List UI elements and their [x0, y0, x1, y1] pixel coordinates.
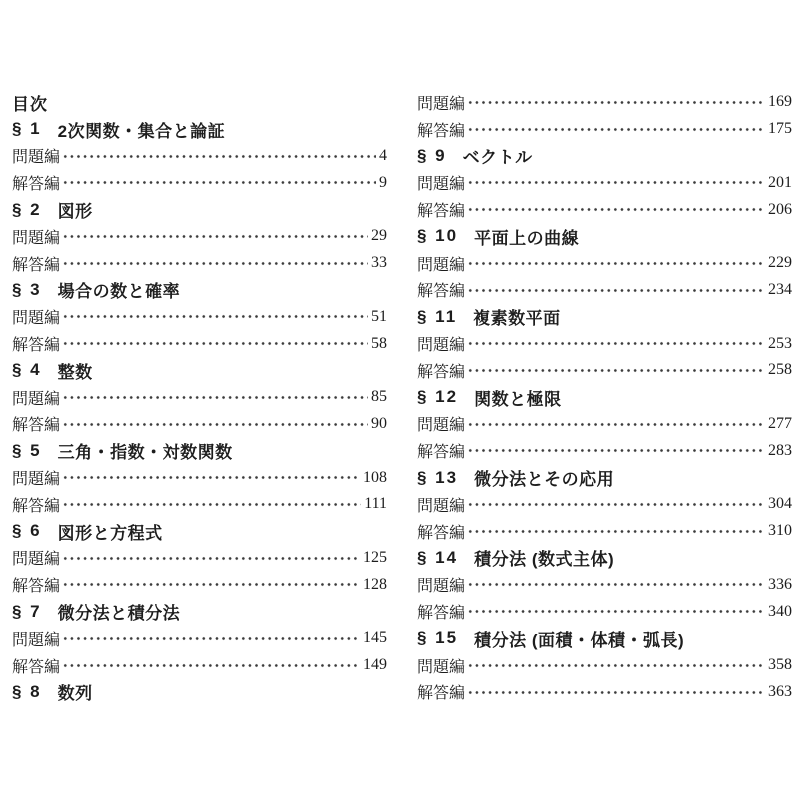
toc-section-header: § 3場合の数と確率 — [12, 277, 387, 304]
entry-label: 解答編 — [12, 252, 60, 275]
toc-entry: 問題編51 — [12, 303, 387, 330]
dot-leader — [467, 437, 765, 464]
dot-leader — [62, 223, 368, 250]
page-number: 33 — [371, 254, 387, 272]
toc-entry: 解答編149 — [12, 652, 387, 679]
dot-leader — [62, 250, 368, 277]
toc-section-header: § 6図形と方程式 — [12, 518, 387, 545]
toc-entry: 問題編85 — [12, 384, 387, 411]
toc-entry: 問題編358 — [417, 652, 792, 679]
toc-section-header: § 2図形 — [12, 196, 387, 223]
toc-entry: 解答編9 — [12, 169, 387, 196]
entry-label: 解答編 — [12, 412, 60, 435]
toc-entry: 問題編201 — [417, 169, 792, 196]
entry-label: 問題編 — [417, 332, 465, 355]
toc-section-header: § 13微分法とその応用 — [417, 464, 792, 491]
entry-label: 解答編 — [417, 520, 465, 543]
page-number: 4 — [379, 147, 387, 165]
toc-entry: 問題編145 — [12, 625, 387, 652]
toc-section-header: § 5三角・指数・対数関数 — [12, 437, 387, 464]
section-number: § 6 — [12, 521, 42, 541]
toc-section-header: § 14積分法 (数式主体) — [417, 545, 792, 572]
entry-label: 問題編 — [417, 573, 465, 596]
page-number: 253 — [768, 335, 792, 353]
entry-label: 問題編 — [12, 144, 60, 167]
section-title: 図形 — [58, 197, 93, 222]
dot-leader — [467, 277, 765, 304]
toc-columns: 目次§ 12次関数・集合と論証問題編4解答編9§ 2図形問題編29解答編33§ … — [12, 89, 792, 705]
entry-label: 解答編 — [417, 439, 465, 462]
page-number: 310 — [768, 522, 792, 540]
toc-column-left: 目次§ 12次関数・集合と論証問題編4解答編9§ 2図形問題編29解答編33§ … — [12, 89, 387, 705]
entry-label: 解答編 — [12, 573, 60, 596]
toc-entry: 問題編253 — [417, 330, 792, 357]
page-number: 277 — [768, 415, 792, 433]
section-number: § 13 — [417, 468, 458, 488]
toc-entry: 問題編277 — [417, 411, 792, 438]
entry-label: 解答編 — [417, 118, 465, 141]
page-number: 201 — [768, 174, 792, 192]
dot-leader — [62, 303, 368, 330]
dot-leader — [467, 330, 765, 357]
dot-leader — [467, 598, 765, 625]
entry-label: 解答編 — [12, 493, 60, 516]
dot-leader — [467, 491, 765, 518]
entry-label: 問題編 — [417, 654, 465, 677]
entry-label: 解答編 — [417, 359, 465, 382]
section-number: § 10 — [417, 226, 458, 246]
dot-leader — [62, 330, 368, 357]
toc-section-header: § 12関数と極限 — [417, 384, 792, 411]
section-number: § 12 — [417, 387, 458, 407]
page-number: 85 — [371, 388, 387, 406]
section-number: § 2 — [12, 200, 42, 220]
toc-entry: 解答編340 — [417, 598, 792, 625]
section-number: § 14 — [417, 548, 458, 568]
dot-leader — [62, 464, 360, 491]
entry-label: 問題編 — [417, 493, 465, 516]
toc-entry: 問題編29 — [12, 223, 387, 250]
toc-section-header: § 15積分法 (面積・体積・弧長) — [417, 625, 792, 652]
toc-entry: 解答編33 — [12, 250, 387, 277]
dot-leader — [467, 652, 765, 679]
page-number: 111 — [364, 495, 387, 513]
toc-entry: 解答編234 — [417, 277, 792, 304]
dot-leader — [467, 518, 765, 545]
dot-leader — [62, 652, 360, 679]
page-number: 108 — [363, 469, 387, 487]
page-number: 363 — [768, 683, 792, 701]
page-number: 145 — [363, 629, 387, 647]
entry-label: 問題編 — [12, 466, 60, 489]
page-number: 206 — [768, 201, 792, 219]
page-number: 169 — [768, 93, 792, 111]
toc-section-header: § 12次関数・集合と論証 — [12, 116, 387, 143]
toc-entry: 解答編310 — [417, 518, 792, 545]
entry-label: 解答編 — [12, 332, 60, 355]
dot-leader — [62, 384, 368, 411]
toc-entry: 問題編108 — [12, 464, 387, 491]
section-number: § 11 — [417, 307, 457, 327]
section-number: § 3 — [12, 280, 42, 300]
dot-leader — [62, 411, 368, 438]
toc-section-header: § 8数列 — [12, 679, 387, 706]
toc-section-header: § 10平面上の曲線 — [417, 223, 792, 250]
toc-entry: 解答編258 — [417, 357, 792, 384]
dot-leader — [62, 571, 360, 598]
page-number: 125 — [363, 549, 387, 567]
dot-leader — [467, 250, 765, 277]
entry-label: 問題編 — [12, 225, 60, 248]
section-title: 積分法 (面積・体積・弧長) — [474, 626, 684, 651]
section-title: 積分法 (数式主体) — [474, 545, 614, 570]
book-toc-page: 目次§ 12次関数・集合と論証問題編4解答編9§ 2図形問題編29解答編33§ … — [0, 0, 800, 800]
page-number: 90 — [371, 415, 387, 433]
entry-label: 問題編 — [12, 305, 60, 328]
section-title: 関数と極限 — [474, 385, 562, 410]
entry-label: 問題編 — [417, 91, 465, 114]
entry-label: 問題編 — [12, 627, 60, 650]
toc-entry: 問題編125 — [12, 545, 387, 572]
section-number: § 5 — [12, 441, 42, 461]
entry-label: 解答編 — [12, 171, 60, 194]
section-title: 2次関数・集合と論証 — [58, 117, 225, 142]
dot-leader — [467, 357, 765, 384]
page-number: 58 — [371, 335, 387, 353]
toc-section-header: § 11複素数平面 — [417, 303, 792, 330]
page-number: 304 — [768, 495, 792, 513]
entry-label: 解答編 — [417, 680, 465, 703]
page-number: 175 — [768, 120, 792, 138]
page-number: 29 — [371, 227, 387, 245]
toc-entry: 問題編4 — [12, 143, 387, 170]
toc-entry: 解答編175 — [417, 116, 792, 143]
section-title: 微分法と積分法 — [58, 599, 181, 624]
dot-leader — [467, 571, 765, 598]
toc-entry: 問題編229 — [417, 250, 792, 277]
dot-leader — [467, 116, 765, 143]
toc-entry: 問題編169 — [417, 89, 792, 116]
page-number: 51 — [371, 308, 387, 326]
dot-leader — [62, 545, 360, 572]
section-number: § 1 — [12, 119, 42, 139]
entry-label: 問題編 — [12, 386, 60, 409]
toc-title: 目次 — [12, 89, 387, 116]
page-number: 283 — [768, 442, 792, 460]
toc-entry: 解答編90 — [12, 411, 387, 438]
entry-label: 解答編 — [417, 600, 465, 623]
page-number: 258 — [768, 361, 792, 379]
entry-label: 問題編 — [417, 252, 465, 275]
page-number: 149 — [363, 656, 387, 674]
entry-label: 問題編 — [12, 546, 60, 569]
dot-leader — [62, 143, 376, 170]
section-number: § 7 — [12, 602, 42, 622]
dot-leader — [467, 169, 765, 196]
section-title: 三角・指数・対数関数 — [58, 438, 233, 463]
page-number: 358 — [768, 656, 792, 674]
toc-entry: 解答編363 — [417, 679, 792, 706]
section-title: 微分法とその応用 — [474, 465, 614, 490]
dot-leader — [467, 411, 765, 438]
dot-leader — [62, 491, 361, 518]
section-number: § 15 — [417, 628, 458, 648]
page-number: 128 — [363, 576, 387, 594]
dot-leader — [467, 679, 765, 706]
toc-section-header: § 7微分法と積分法 — [12, 598, 387, 625]
section-title: 複素数平面 — [473, 304, 561, 329]
dot-leader — [467, 196, 765, 223]
entry-label: 問題編 — [417, 412, 465, 435]
section-title: 図形と方程式 — [58, 519, 163, 544]
toc-column-right: 問題編169解答編175§ 9ベクトル問題編201解答編206§ 10平面上の曲… — [417, 89, 792, 705]
toc-entry: 問題編304 — [417, 491, 792, 518]
toc-entry: 解答編283 — [417, 437, 792, 464]
section-title: 数列 — [58, 679, 93, 704]
section-title: 場合の数と確率 — [58, 277, 181, 302]
section-title: 平面上の曲線 — [474, 224, 579, 249]
entry-label: 解答編 — [417, 198, 465, 221]
toc-entry: 問題編336 — [417, 571, 792, 598]
section-number: § 8 — [12, 682, 42, 702]
page-number: 229 — [768, 254, 792, 272]
section-title: 整数 — [58, 358, 93, 383]
toc-section-header: § 9ベクトル — [417, 143, 792, 170]
page-number: 234 — [768, 281, 792, 299]
dot-leader — [62, 169, 376, 196]
toc-entry: 解答編111 — [12, 491, 387, 518]
toc-entry: 解答編128 — [12, 571, 387, 598]
dot-leader — [62, 625, 360, 652]
toc-entry: 解答編58 — [12, 330, 387, 357]
entry-label: 解答編 — [417, 278, 465, 301]
toc-entry: 解答編206 — [417, 196, 792, 223]
section-number: § 9 — [417, 146, 447, 166]
section-title: ベクトル — [463, 143, 533, 168]
page-number: 9 — [379, 174, 387, 192]
page-number: 336 — [768, 576, 792, 594]
entry-label: 問題編 — [417, 171, 465, 194]
page-number: 340 — [768, 603, 792, 621]
section-number: § 4 — [12, 360, 42, 380]
toc-section-header: § 4整数 — [12, 357, 387, 384]
entry-label: 解答編 — [12, 654, 60, 677]
dot-leader — [467, 89, 765, 116]
